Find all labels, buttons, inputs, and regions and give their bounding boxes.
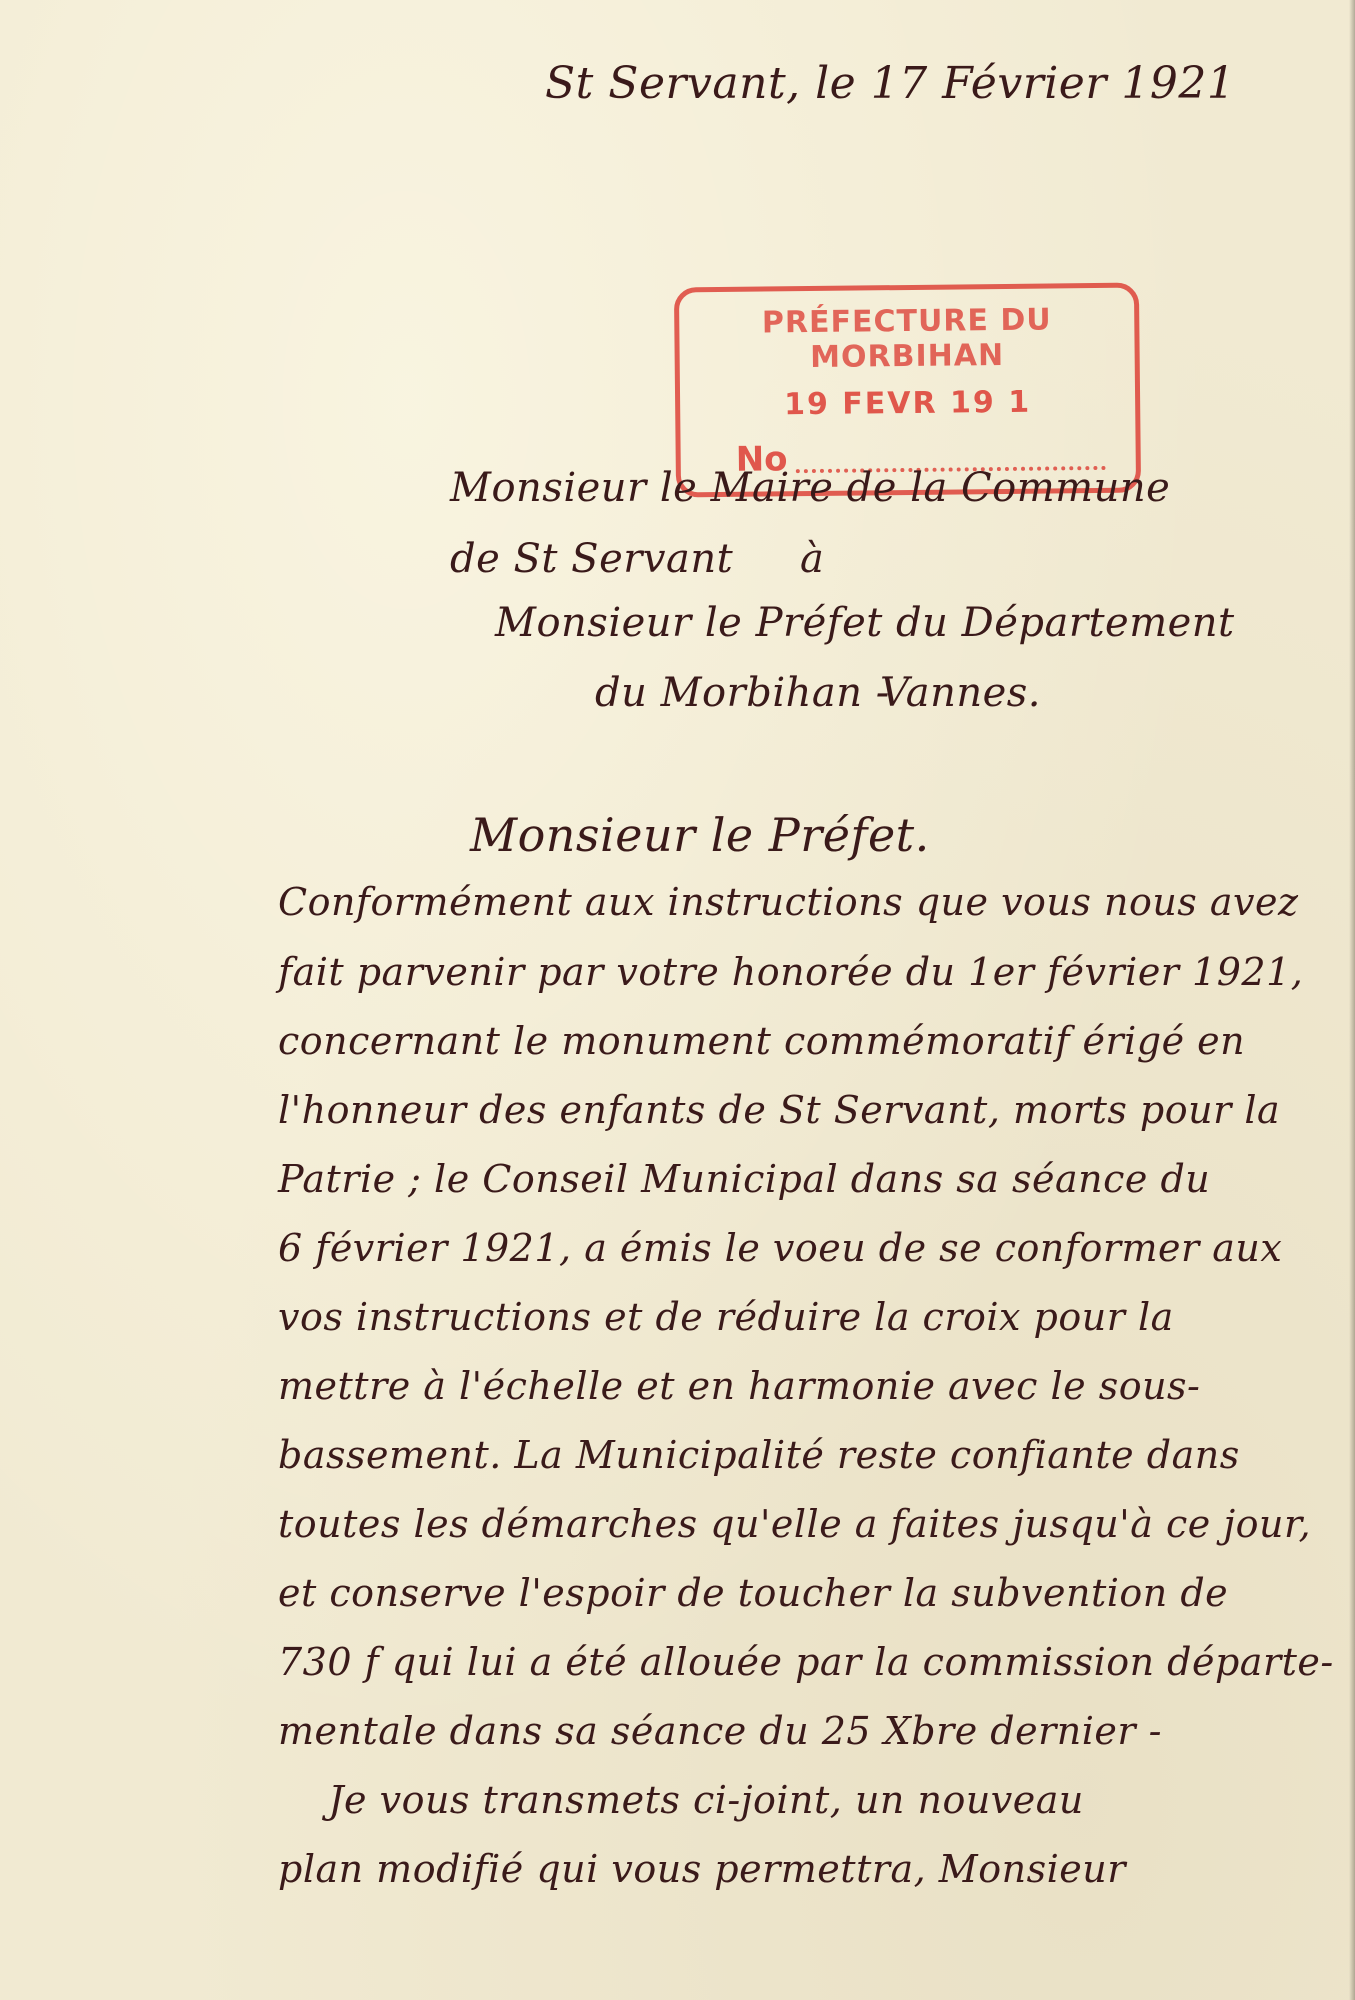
sender-line: Monsieur le Maire de la Commune: [450, 465, 1170, 511]
body-line: mentale dans sa séance du 25 Xbre dernie…: [278, 1709, 1162, 1753]
to-preposition: à: [800, 536, 824, 582]
body-line: toutes les démarches qu'elle a faites ju…: [278, 1502, 1311, 1546]
recipient-line: Monsieur le Préfet du Département: [495, 600, 1235, 646]
body-line: fait parvenir par votre honorée du 1er f…: [278, 950, 1303, 994]
salutation: Monsieur le Préfet.: [470, 808, 930, 862]
sender-commune-line: de St Servant à: [450, 536, 733, 582]
recipient-city: Vannes.: [880, 670, 1041, 716]
body-line: Conformément aux instructions que vous n…: [278, 880, 1299, 924]
body-line: plan modifié qui vous permettra, Monsieu…: [278, 1847, 1126, 1891]
stamp-date: 19 FEVR 19 1: [680, 384, 1135, 424]
paper-edge-shadow: [1349, 0, 1355, 2000]
sender-commune: de St Servant: [450, 536, 733, 582]
place-date: St Servant, le 17 Février 1921: [545, 58, 1235, 109]
body-line: vos instructions et de réduire la croix …: [278, 1295, 1174, 1339]
body-line: concernant le monument commémoratif érig…: [278, 1019, 1245, 1063]
body-line: et conserve l'espoir de toucher la subve…: [278, 1571, 1228, 1615]
body-line: l'honneur des enfants de St Servant, mor…: [278, 1088, 1280, 1132]
recipient-department-line: du Morbihan - Vannes.: [595, 670, 890, 716]
recipient-department: du Morbihan -: [595, 670, 890, 716]
body-line: Je vous transmets ci-joint, un nouveau: [278, 1778, 1084, 1822]
body-line: 730 f qui lui a été allouée par la commi…: [278, 1640, 1334, 1684]
body-line: bassement. La Municipalité reste confian…: [278, 1433, 1240, 1477]
letter-page: St Servant, le 17 Février 1921 PRÉFECTUR…: [0, 0, 1355, 2000]
body-line: Patrie ; le Conseil Municipal dans sa sé…: [278, 1157, 1210, 1201]
body-line: 6 février 1921, a émis le voeu de se con…: [278, 1226, 1282, 1270]
stamp-organization: PRÉFECTURE DU MORBIHAN: [679, 302, 1135, 377]
body-line: mettre à l'échelle et en harmonie avec l…: [278, 1364, 1200, 1408]
